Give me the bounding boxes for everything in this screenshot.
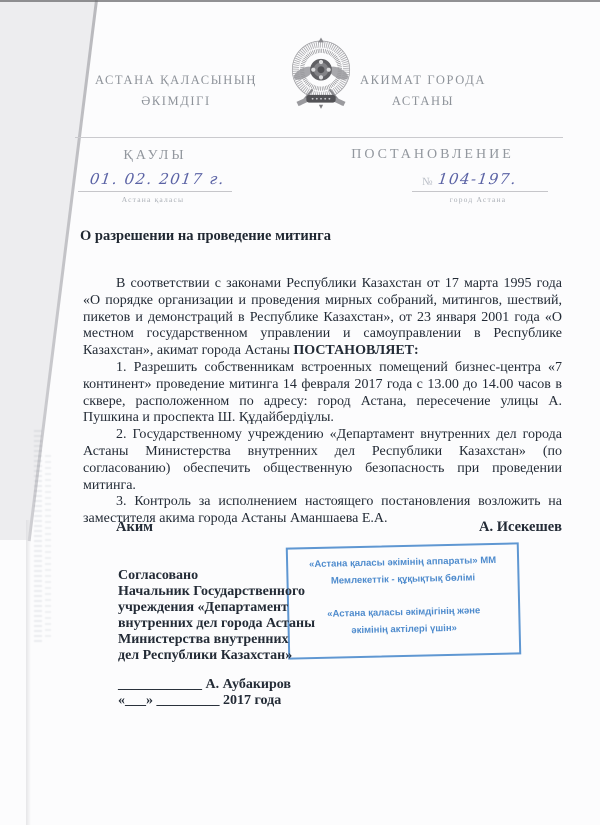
akim-position-label: Аким <box>116 519 153 536</box>
org-name-russian-line2: АСТАНЫ <box>338 91 508 112</box>
document-title: О разрешении на проведение митинга <box>80 228 560 245</box>
org-name-kazakh-line1: АСТАНА ҚАЛАСЫНЫҢ <box>91 70 261 91</box>
org-name-russian-line1: АКИМАТ ГОРОДА <box>338 70 508 91</box>
number-underline <box>412 191 548 192</box>
org-name-russian: АКИМАТ ГОРОДА АСТАНЫ <box>338 70 508 112</box>
approval-line: внутренних дел города Астаны <box>118 616 378 632</box>
place-caption-kazakh: Астана қаласы <box>93 195 213 204</box>
org-name-kazakh-line2: ӘКІМДІГІ <box>91 91 261 112</box>
approval-date-line: «___» _________ 2017 года <box>118 693 378 709</box>
approval-line: Начальник Государственного <box>118 584 378 600</box>
handwritten-document-number: 104-197. <box>437 170 518 188</box>
approval-label: Согласовано <box>118 568 378 584</box>
approval-line: Министерства внутренних <box>118 632 378 648</box>
ink-bleed-through-artifact <box>34 430 42 645</box>
ink-bleed-through-artifact <box>45 455 51 640</box>
akim-name: А. Исекешев <box>479 519 562 536</box>
date-underline <box>78 191 232 192</box>
body-item-1: 1. Разрешить собственникам встроенных по… <box>83 360 562 427</box>
place-caption-russian: город Астана <box>418 195 538 204</box>
approval-line: дел Республики Казахстан» <box>118 648 378 664</box>
approval-signature-line: ____________ А. Аубакиров <box>118 677 378 693</box>
doc-type-russian-label: ПОСТАНОВЛЕНИЕ <box>345 147 520 163</box>
document-number-sign: № <box>422 176 433 188</box>
org-name-kazakh: АСТАНА ҚАЛАСЫНЫҢ ӘКІМДІГІ <box>91 70 261 112</box>
resolves-keyword: ПОСТАНОВЛЯЕТ: <box>293 343 418 358</box>
body-item-2: 2. Государственному учреждению «Департам… <box>83 427 562 494</box>
letterhead-divider-line <box>75 137 563 138</box>
document-body: В соответствии с законами Республики Каз… <box>83 276 562 528</box>
scan-top-edge-line <box>0 0 600 2</box>
signature-row: Аким А. Исекешев <box>83 519 562 536</box>
body-paragraph-intro: В соответствии с законами Республики Каз… <box>83 276 562 360</box>
doc-type-kazakh-label: ҚАУЛЫ <box>95 148 215 164</box>
scanned-document-page: АСТАНА ҚАЛАСЫНЫҢ ӘКІМДІГІ <box>0 0 600 825</box>
paper-left-edge-shadow <box>26 520 31 825</box>
handwritten-date: 01. 02. 2017 г. <box>89 170 226 188</box>
approval-block: Согласовано Начальник Государственного у… <box>118 568 378 709</box>
approval-line: учреждения «Департамент <box>118 600 378 616</box>
